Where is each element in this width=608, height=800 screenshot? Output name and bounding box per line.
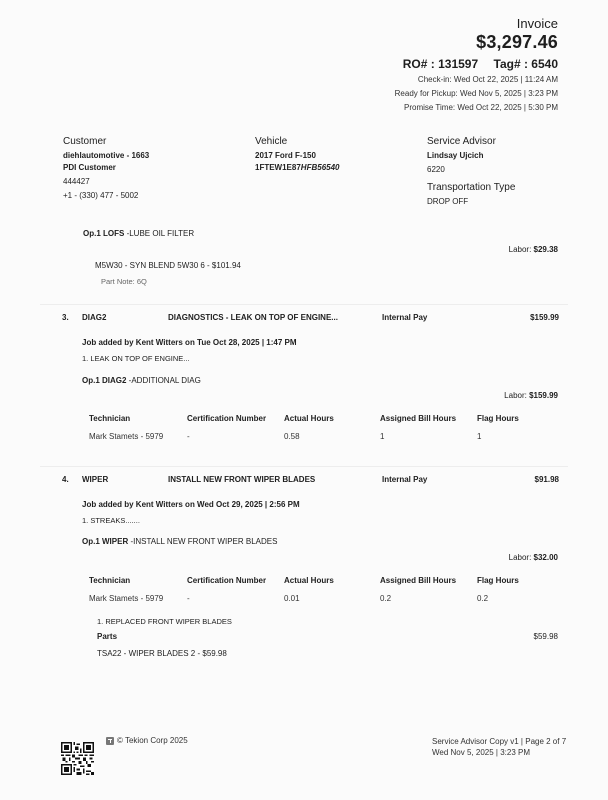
- vin-suffix: HFB56540: [301, 163, 340, 172]
- customer-name: diehlautomotive - 1663: [63, 150, 149, 162]
- prev-labor: Labor: $29.38: [509, 245, 558, 254]
- qr-code-icon: [61, 742, 94, 775]
- copyright-text: © Tekion Corp 2025: [117, 736, 188, 745]
- technician-table: Technician Certification Number Actual H…: [89, 576, 529, 612]
- promise-time: Promise Time: Wed Oct 22, 2025 | 5:30 PM: [404, 103, 558, 112]
- col-flag-hours: Flag Hours: [477, 414, 519, 423]
- job-correction: 1. REPLACED FRONT WIPER BLADES: [97, 617, 232, 626]
- prev-part-line: M5W30 - SYN BLEND 5W30 6 - $101.94: [95, 261, 241, 270]
- op-code: Op.1 WIPER: [82, 537, 128, 546]
- labor-amount: $32.00: [534, 553, 558, 562]
- col-flag-hours: Flag Hours: [477, 576, 519, 585]
- vehicle-heading: Vehicle: [255, 136, 339, 147]
- cell-actual-hours: 0.01: [284, 594, 300, 603]
- col-technician: Technician: [89, 576, 130, 585]
- col-certification: Certification Number: [187, 414, 266, 423]
- parts-label: Parts: [97, 632, 117, 641]
- service-advisor-heading: Service Advisor: [427, 136, 496, 147]
- job-code: WIPER: [82, 475, 108, 484]
- col-assigned-bill-hours: Assigned Bill Hours: [380, 414, 456, 423]
- col-technician: Technician: [89, 414, 130, 423]
- invoice-total: $3,297.46: [476, 32, 558, 53]
- job-row-4: 4. WIPER INSTALL NEW FRONT WIPER BLADES …: [40, 466, 568, 491]
- job-added-by: Job added by Kent Witters on Tue Oct 28,…: [82, 338, 297, 347]
- ro-number: 131597: [438, 57, 478, 71]
- job-amount: $91.98: [535, 475, 559, 484]
- op-description: -LUBE OIL FILTER: [124, 229, 194, 238]
- transportation-heading: Transportation Type: [427, 182, 515, 193]
- cell-actual-hours: 0.58: [284, 432, 300, 441]
- table-header: Technician Certification Number Actual H…: [89, 414, 529, 432]
- col-certification: Certification Number: [187, 576, 266, 585]
- prev-op-line: Op.1 LOFS -LUBE OIL FILTER: [83, 229, 194, 238]
- labor-label: Labor:: [504, 391, 529, 400]
- service-advisor-id: 6220: [427, 164, 496, 176]
- footer-copyright: © Tekion Corp 2025: [106, 736, 188, 745]
- customer-heading: Customer: [63, 136, 149, 147]
- cell-technician: Mark Stamets - 5979: [89, 594, 163, 603]
- tag-number: 6540: [531, 57, 558, 71]
- col-actual-hours: Actual Hours: [284, 414, 334, 423]
- table-header: Technician Certification Number Actual H…: [89, 576, 529, 594]
- job-number: 4.: [62, 475, 69, 484]
- parts-total: $59.98: [534, 632, 558, 641]
- op-description: -ADDITIONAL DIAG: [126, 376, 200, 385]
- cell-flag-hours: 0.2: [477, 594, 488, 603]
- cell-assigned-bill-hours: 1: [380, 432, 384, 441]
- job-concern: 1. STREAKS.......: [82, 516, 140, 525]
- cell-technician: Mark Stamets - 5979: [89, 432, 163, 441]
- part-line: TSA22 - WIPER BLADES 2 - $59.98: [97, 649, 227, 658]
- checkin-time: Check-in: Wed Oct 22, 2025 | 11:24 AM: [418, 75, 558, 84]
- cell-certification: -: [187, 594, 190, 603]
- cell-assigned-bill-hours: 0.2: [380, 594, 391, 603]
- job-labor: Labor: $159.99: [504, 391, 558, 400]
- service-advisor-section: Service Advisor Lindsay Ujcich 6220: [427, 136, 496, 176]
- transportation-value: DROP OFF: [427, 196, 515, 208]
- customer-type: PDI Customer: [63, 162, 149, 174]
- cell-certification: -: [187, 432, 190, 441]
- labor-label: Labor:: [509, 553, 534, 562]
- transportation-section: Transportation Type DROP OFF: [427, 182, 515, 208]
- table-row: Mark Stamets - 5979 - 0.01 0.2 0.2: [89, 594, 529, 612]
- service-advisor-name: Lindsay Ujcich: [427, 150, 496, 162]
- job-row-3: 3. DIAG2 DIAGNOSTICS - LEAK ON TOP OF EN…: [40, 304, 568, 329]
- document-title: Invoice: [517, 16, 558, 31]
- job-description: DIAGNOSTICS - LEAK ON TOP OF ENGINE...: [168, 313, 338, 322]
- technician-table: Technician Certification Number Actual H…: [89, 414, 529, 450]
- table-row: Mark Stamets - 5979 - 0.58 1 1: [89, 432, 529, 450]
- vehicle-vin: 1FTEW1E87HFB56540: [255, 162, 339, 174]
- job-description: INSTALL NEW FRONT WIPER BLADES: [168, 475, 315, 484]
- job-concern: 1. LEAK ON TOP OF ENGINE...: [82, 354, 190, 363]
- ro-tag-line: RO# : 131597 Tag# : 6540: [403, 57, 558, 71]
- labor-amount: $159.99: [529, 391, 558, 400]
- customer-phone: +1 - (330) 477 - 5002: [63, 190, 149, 202]
- op-description: -INSTALL NEW FRONT WIPER BLADES: [128, 537, 277, 546]
- job-pay-type: Internal Pay: [382, 313, 427, 322]
- col-actual-hours: Actual Hours: [284, 576, 334, 585]
- printed-timestamp: Wed Nov 5, 2025 | 3:23 PM: [432, 747, 566, 758]
- vin-prefix: 1FTEW1E87: [255, 163, 301, 172]
- job-code: DIAG2: [82, 313, 106, 322]
- copy-info: Service Advisor Copy v1 | Page 2 of 7: [432, 736, 566, 747]
- job-labor: Labor: $32.00: [509, 553, 558, 562]
- op-code: Op.1 LOFS: [83, 229, 124, 238]
- col-assigned-bill-hours: Assigned Bill Hours: [380, 576, 456, 585]
- labor-amount: $29.38: [534, 245, 558, 254]
- labor-label: Labor:: [509, 245, 534, 254]
- footer-page-info: Service Advisor Copy v1 | Page 2 of 7 We…: [432, 736, 566, 758]
- customer-section: Customer diehlautomotive - 1663 PDI Cust…: [63, 136, 149, 202]
- op-code: Op.1 DIAG2: [82, 376, 126, 385]
- job-op-line: Op.1 WIPER -INSTALL NEW FRONT WIPER BLAD…: [82, 537, 277, 546]
- ro-label: RO# :: [403, 57, 435, 71]
- job-added-by: Job added by Kent Witters on Wed Oct 29,…: [82, 500, 300, 509]
- cell-flag-hours: 1: [477, 432, 481, 441]
- tag-label: Tag# :: [494, 57, 528, 71]
- customer-id: 444427: [63, 176, 149, 188]
- vehicle-section: Vehicle 2017 Ford F-150 1FTEW1E87HFB5654…: [255, 136, 339, 174]
- job-number: 3.: [62, 313, 69, 322]
- vehicle-description: 2017 Ford F-150: [255, 150, 339, 162]
- job-op-line: Op.1 DIAG2 -ADDITIONAL DIAG: [82, 376, 201, 385]
- prev-part-note: Part Note: 6Q: [101, 277, 147, 286]
- job-amount: $159.99: [530, 313, 559, 322]
- job-pay-type: Internal Pay: [382, 475, 427, 484]
- tekion-logo-icon: [106, 737, 114, 745]
- ready-for-pickup-time: Ready for Pickup: Wed Nov 5, 2025 | 3:23…: [395, 89, 558, 98]
